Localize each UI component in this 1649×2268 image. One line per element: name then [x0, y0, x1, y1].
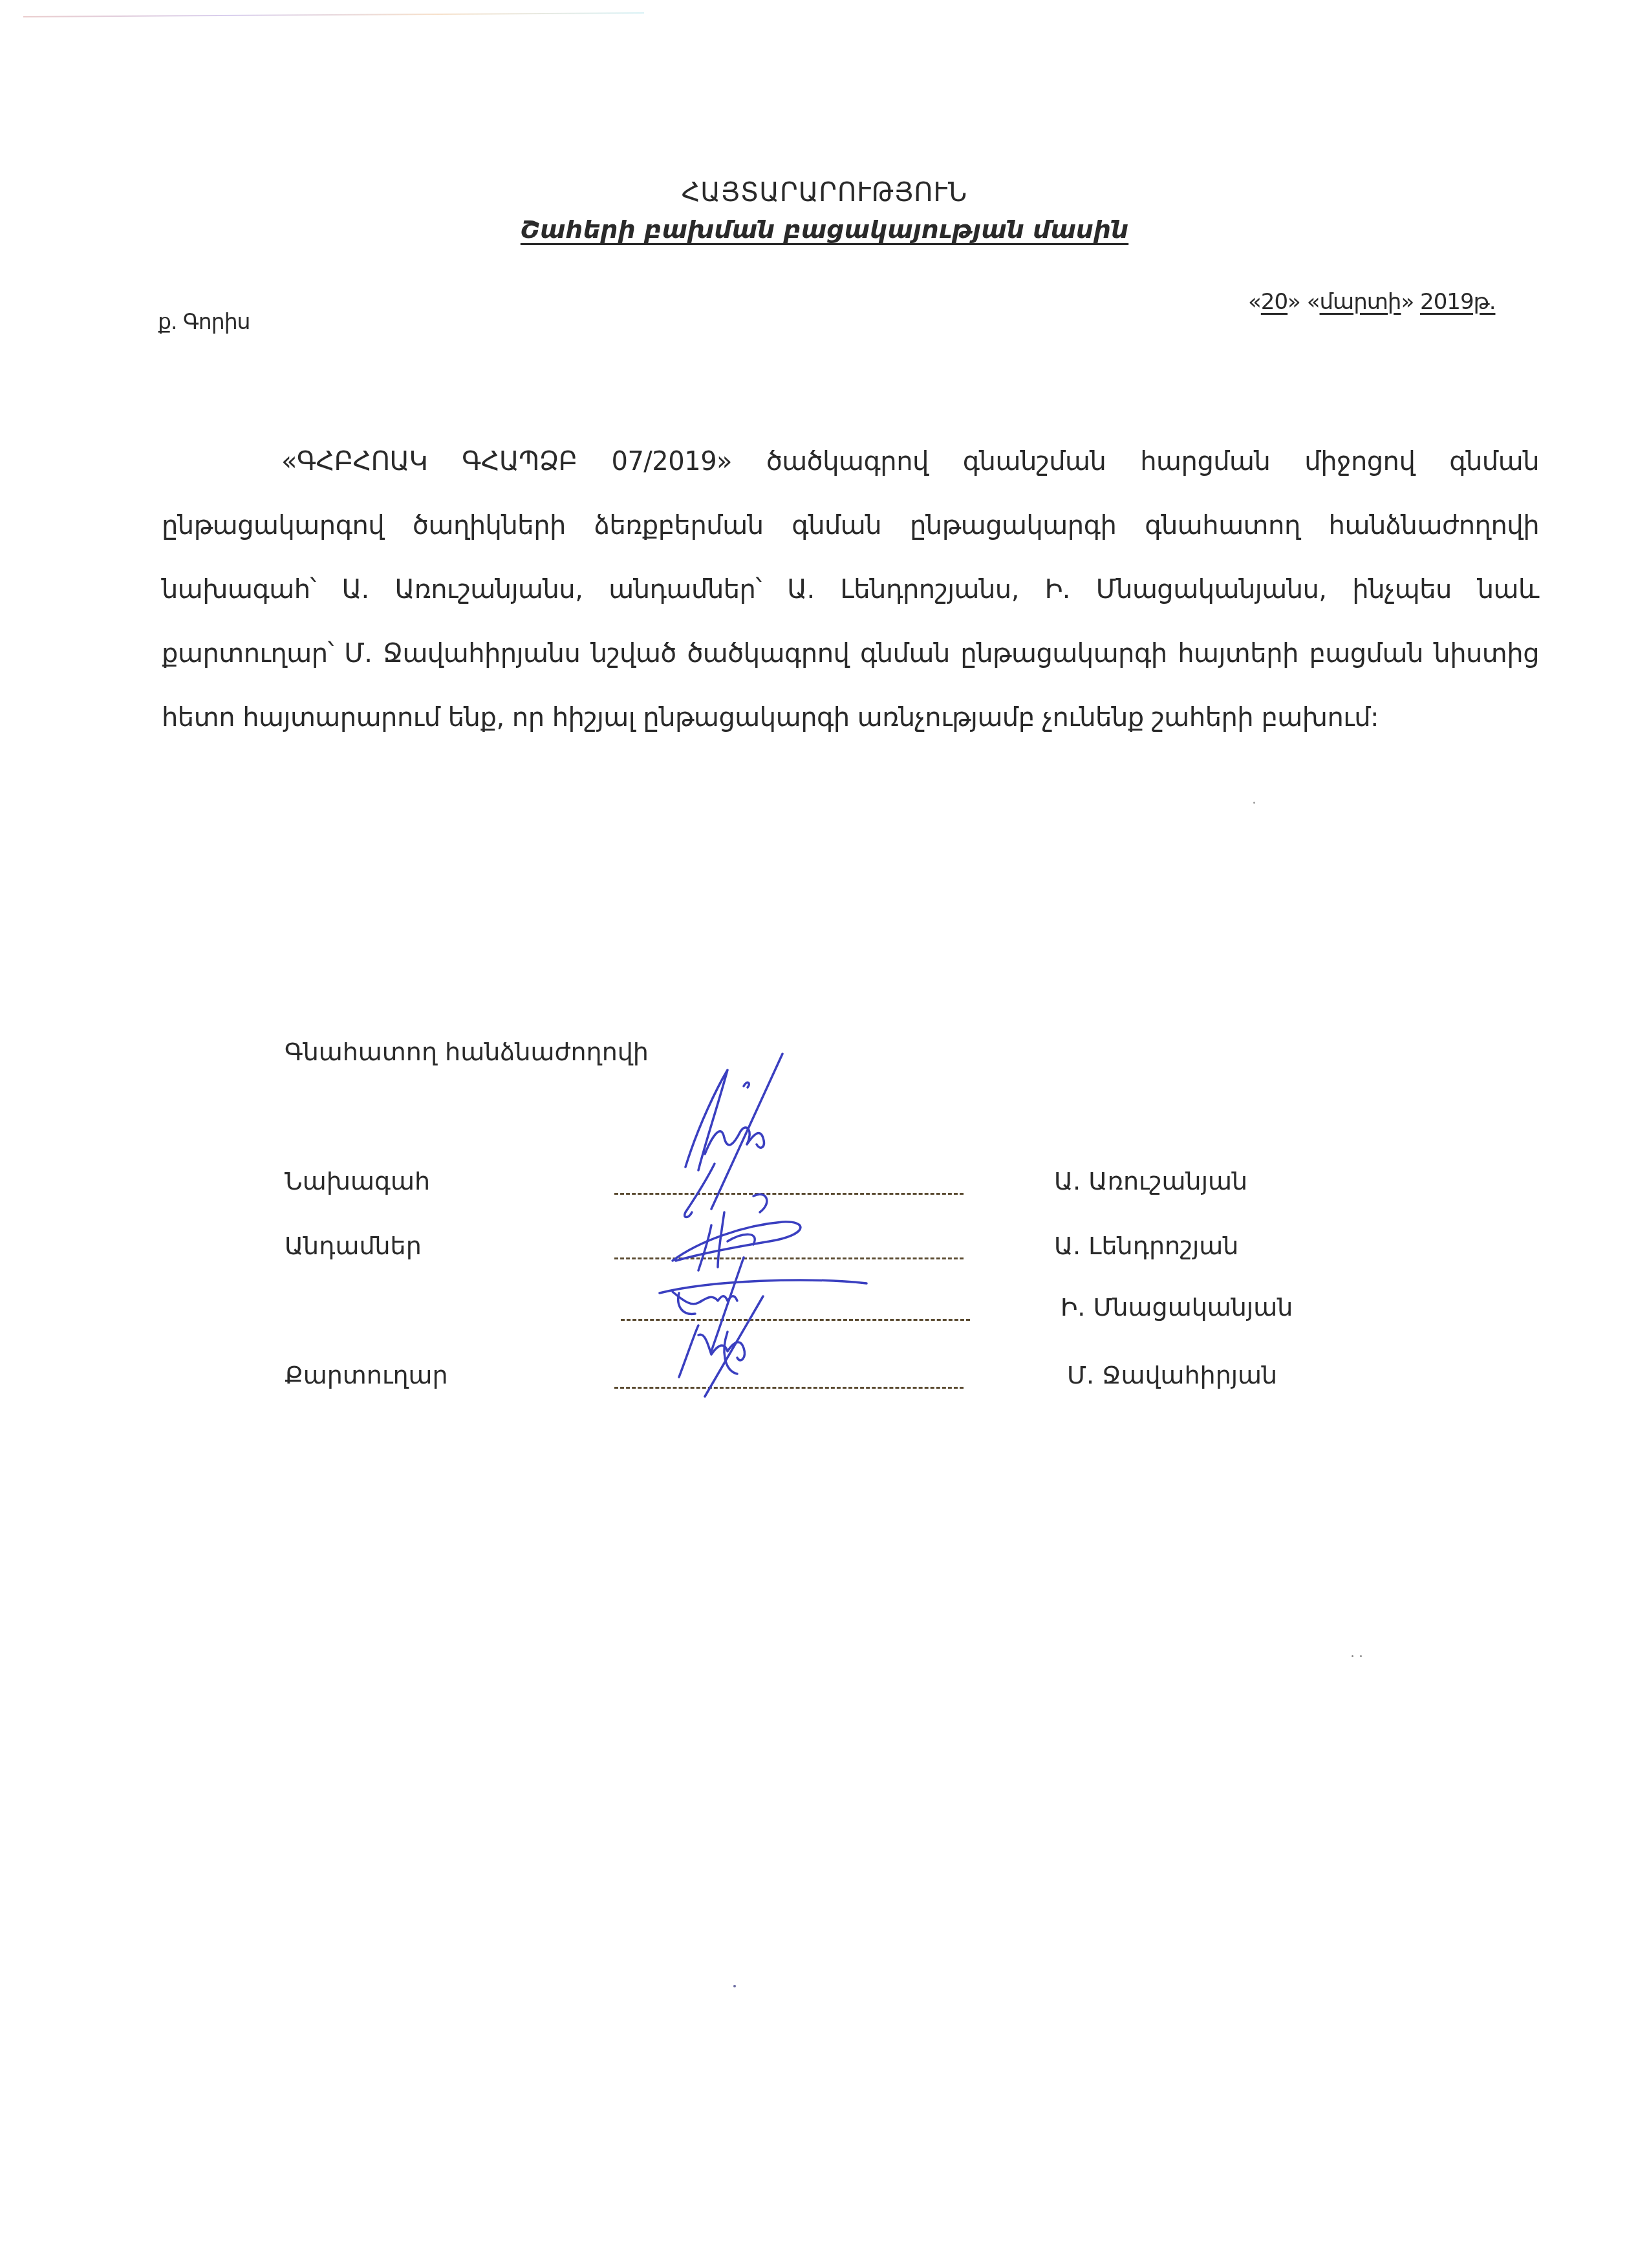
signatory-name: Մ. Ջավահիրյան: [1067, 1361, 1277, 1389]
city-label: ք. Գորիս: [158, 309, 250, 334]
scan-speck: [1360, 1655, 1362, 1657]
declaration-body: «ԳՀԲՀՈԱԿ ԳՀԱՊՁԲ 07/2019» ծածկագրով գնանշ…: [162, 430, 1539, 750]
document-subtitle: Շահերի բախման բացակայության մասին: [0, 215, 1649, 244]
scan-speck: [1253, 802, 1255, 804]
commission-label: Գնահատող հանձնաժողովի: [285, 1038, 649, 1066]
date-day: 20: [1261, 289, 1288, 315]
scan-artifact-line: [23, 12, 644, 17]
document-date: «20» «մարտի» 2019թ.: [1248, 289, 1495, 315]
signatory-role: Նախագահ: [285, 1167, 430, 1195]
signatory-name: Ա. Առուշանյան: [1054, 1167, 1247, 1195]
signatory-role: Քարտուղար: [285, 1361, 448, 1389]
scan-speck: [1352, 1655, 1353, 1657]
document-title: ՀԱՅՏԱՐԱՐՈՒԹՅՈՒՆ: [0, 178, 1649, 208]
date-year: 2019թ.: [1420, 289, 1495, 315]
date-month: մարտի: [1320, 289, 1401, 315]
scan-speck: [733, 1985, 736, 1987]
signatory-role: Անդամներ: [285, 1232, 422, 1260]
signatory-name: Ի. Մնացականյան: [1061, 1293, 1293, 1321]
handwritten-signatures: [614, 1047, 1015, 1409]
signatory-name: Ա. Լենդրոշյան: [1054, 1232, 1238, 1260]
